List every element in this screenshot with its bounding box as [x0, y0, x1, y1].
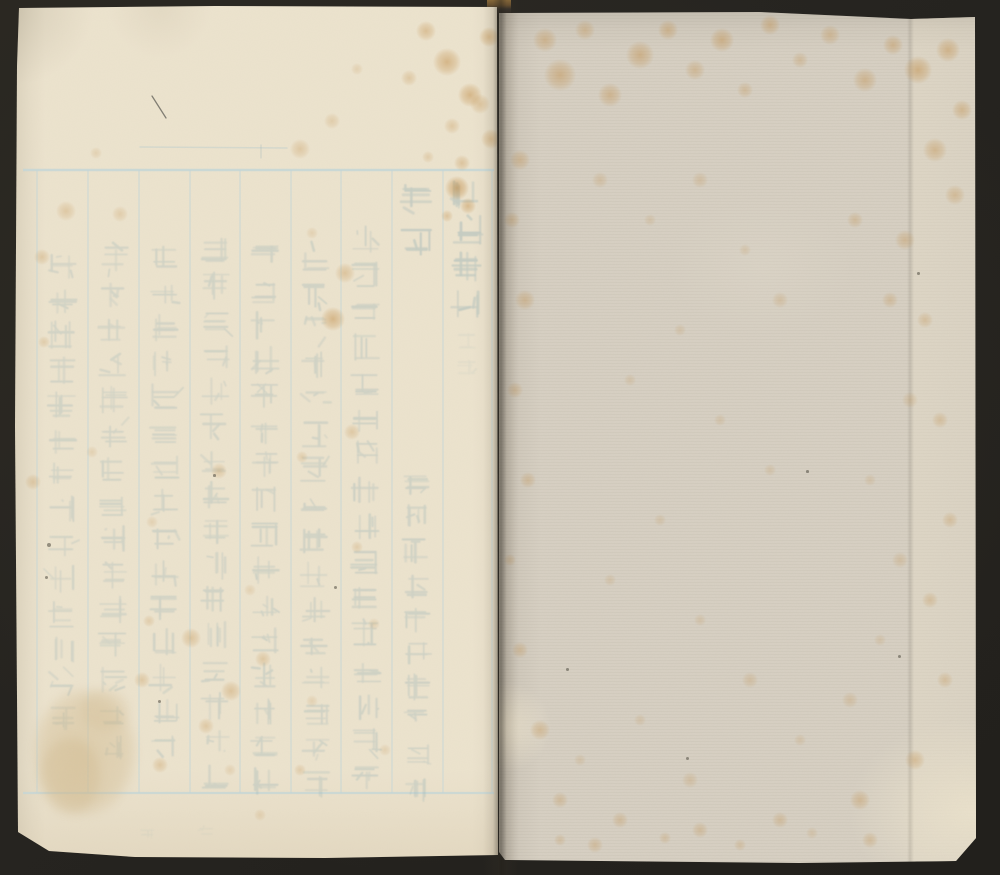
foxing-spot [904, 56, 932, 84]
foxing-spot [592, 172, 608, 188]
foxing-spot [734, 839, 746, 851]
ghost-text-column [44, 255, 79, 729]
foxing-spot [634, 714, 646, 726]
foxing-spot [644, 214, 656, 226]
foxing-spot [937, 672, 953, 688]
foxing-spot [902, 392, 918, 408]
foxing-spot [853, 68, 877, 92]
foxing-spot [574, 754, 586, 766]
foxing-spot [710, 28, 734, 52]
foxing-spot [507, 382, 523, 398]
foxing-spot [864, 474, 876, 486]
foxing-spot [905, 750, 925, 770]
foxing-spot [604, 574, 616, 586]
foxing-spot [659, 832, 671, 844]
ghost-text-column [251, 246, 279, 793]
ghost-text-column [98, 243, 128, 759]
foxing-spot [510, 150, 530, 170]
ghost-text-column [401, 185, 431, 254]
foxing-spot [624, 374, 636, 386]
foxing-spot [874, 634, 886, 646]
ghost-text-column [403, 476, 432, 801]
foxing-spot [772, 292, 788, 308]
foxing-spot [862, 832, 878, 848]
foxing-spot [587, 837, 603, 853]
foxing-spot [692, 172, 708, 188]
foxing-spot [530, 720, 550, 740]
foxing-spot [882, 292, 898, 308]
dark-speck [686, 757, 689, 760]
ghost-text-column [201, 239, 233, 788]
foxing-spot [504, 212, 520, 228]
foxing-spot [554, 834, 566, 846]
ghost-text-layer [15, 6, 498, 859]
right-page [499, 12, 976, 863]
book-scan: 南巡盛典 天章 卷一 [0, 0, 1000, 875]
foxing-spot [685, 60, 705, 80]
foxing-spot [739, 244, 751, 256]
foxing-spot [682, 772, 698, 788]
ghost-text-column [458, 334, 476, 375]
foxing-spot [533, 28, 557, 52]
foxing-spot [883, 35, 903, 55]
foxing-spot [922, 592, 938, 608]
foxing-spot [772, 812, 788, 828]
foxing-spot [742, 672, 758, 688]
ghost-text-column [141, 830, 153, 838]
foxing-spot [658, 20, 678, 40]
dark-speck [806, 470, 809, 473]
foxing-spot [692, 822, 708, 838]
paper-grain-right [499, 12, 976, 863]
foxing-spot [820, 25, 840, 45]
foxing-spot [932, 412, 948, 428]
foxing-spot [654, 514, 666, 526]
foxing-spot [847, 212, 863, 228]
foxing-spot [892, 552, 908, 568]
foxing-spot [694, 614, 706, 626]
dark-speck [898, 655, 901, 658]
foxing-spot [544, 59, 576, 91]
foxing-spot [792, 52, 808, 68]
foxing-spot [842, 692, 858, 708]
dark-speck [917, 272, 920, 275]
foxing-spot [512, 642, 528, 658]
foxing-spot [917, 312, 933, 328]
foxing-spot [760, 15, 780, 35]
ghost-title-column [451, 182, 482, 317]
foxing-spot [714, 414, 726, 426]
ghost-text-column [198, 826, 212, 834]
foxing-spot [945, 185, 965, 205]
foxing-spot [626, 41, 654, 69]
foxing-spot [936, 38, 960, 62]
ghost-text-column [301, 242, 331, 797]
foxing-spot [764, 464, 776, 476]
foxing-spot [575, 20, 595, 40]
foxing-spot [923, 138, 947, 162]
foxing-spot [942, 512, 958, 528]
foxing-spot [806, 827, 818, 839]
ghost-text-column [150, 247, 184, 757]
foxing-spot [794, 734, 806, 746]
dark-speck [566, 668, 569, 671]
foxing-spot [952, 100, 972, 120]
foxing-spot [895, 230, 915, 250]
foxing-spot [674, 324, 686, 336]
foxing-spot [552, 792, 568, 808]
foxing-spot [850, 790, 870, 810]
foxing-spot [612, 812, 628, 828]
foxing-spot [515, 290, 535, 310]
foxing-spot [504, 554, 516, 566]
foxing-spot [737, 82, 753, 98]
foxing-spot [520, 472, 536, 488]
foxing-spot [598, 83, 622, 107]
left-page [15, 6, 498, 859]
ghost-text-column [351, 226, 381, 788]
